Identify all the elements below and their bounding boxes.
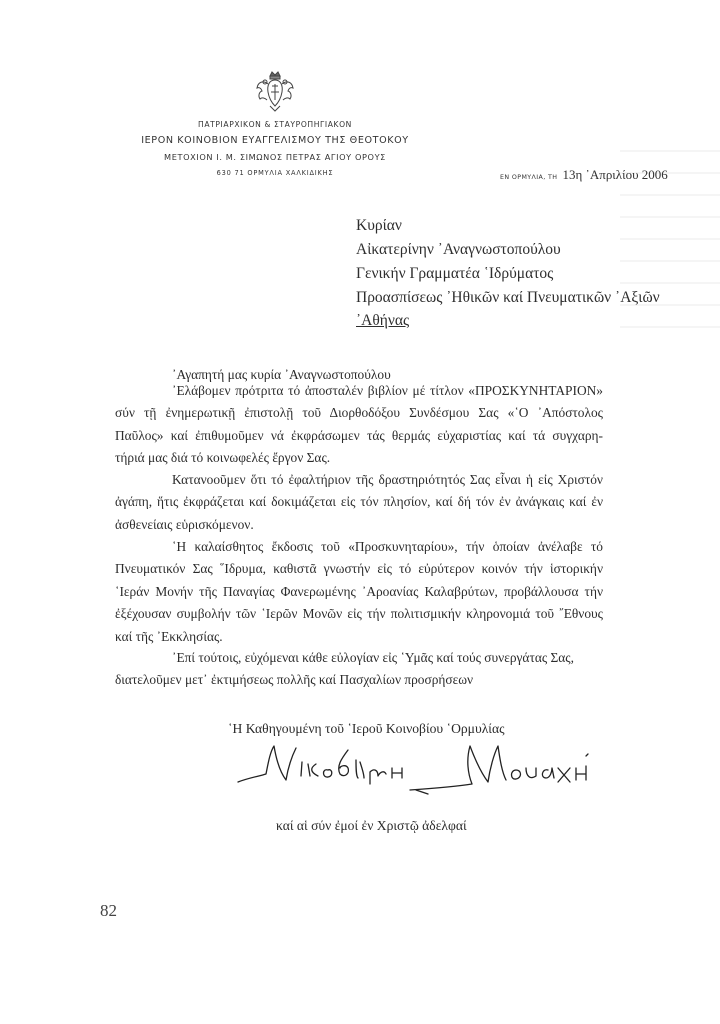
paragraph-line: Κατανοοῦμεν ὅτι τό ἐφαλτήριον τῆς δραστη… (115, 469, 603, 491)
paragraph-line: διατελοῦμεν μετ᾿ ἐκτιμήσεως πολλῆς καί Π… (115, 669, 603, 691)
closing-title: ῾Η Καθηγουμένη τοῦ ῾Ιεροῦ Κοινοβίου ῾Ορμ… (228, 721, 504, 737)
paragraph-line: ἀσθενείαις εὑρισκόμενον. (115, 514, 603, 536)
letter-date: ΕΝ ΟΡΜΥΛΙΑ, ΤΗ 13η ᾿Απριλίου 2006 (500, 164, 668, 183)
paragraph-1: ᾿Ελάβομεν πρότριτα τό ἀποσταλέν βιβλίον … (115, 380, 603, 470)
paragraph-line: ῾Ιεράν Μονήν τῆς Παναγίας Φανερωμένης ᾿Α… (115, 581, 603, 603)
double-headed-eagle-crest-icon (255, 70, 295, 112)
letterhead-line-1: ΠΑΤΡΙΑΡΧΙΚΟΝ & ΣΤΑΥΡΟΠΗΓΙΑΚΟΝ (100, 120, 450, 129)
paragraph-line: τήριά μας διά τό κοινωφελές ἔργον Σας. (115, 447, 603, 469)
date-place: ΕΝ ΟΡΜΥΛΙΑ, ΤΗ (500, 174, 557, 181)
paragraph-line: ἐξέχουσαν συμβολήν τῶν ῾Ιερῶν Μονῶν εἰς … (115, 603, 603, 625)
paragraph-line: ᾿Ελάβομεν πρότριτα τό ἀποσταλέν βιβλίον … (115, 380, 603, 402)
handwritten-signature: Νικοδήμη Μοναχή (230, 738, 590, 808)
closing-subtitle: καί αἱ σύν ἐμοί ἐν Χριστῷ ἀδελφαί (276, 818, 467, 834)
paragraph-line: Παῦλος» καί ἐπιθυμοῦμεν νά ἐκφράσωμεν τά… (115, 425, 603, 447)
date-value: 13η ᾿Απριλίου 2006 (562, 167, 667, 182)
paragraph-4: ᾿Επί τούτοις, εὐχόμεναι κάθε εὐλογίαν εἰ… (115, 647, 603, 692)
letterhead-line-3: ΜΕΤΟΧΙΟΝ Ι. Μ. ΣΙΜΩΝΟΣ ΠΕΤΡΑΣ ΑΓΙΟΥ ΟΡΟΥ… (100, 152, 450, 162)
addressee-name: Αἰκατερίνην ᾿Αναγνωστοπούλου (356, 241, 561, 259)
addressee-organization: Προασπίσεως ᾿Ηθικῶν καί Πνευματικῶν ᾿Αξι… (356, 289, 660, 307)
paragraph-line: ᾿Επί τούτοις, εὐχόμεναι κάθε εὐλογίαν εἰ… (115, 647, 603, 669)
paragraph-3: ῾Η καλαίσθητος ἔκδοσις τοῦ «Προσκυνηταρί… (115, 536, 603, 648)
addressee-city: ᾿Αθήνας (356, 312, 409, 330)
page-number: 82 (100, 901, 117, 921)
paragraph-line: σύν τῇ ἐνημερωτικῇ ἐπιστολῇ τοῦ Διορθοδό… (115, 402, 603, 424)
addressee-role: Γενικήν Γραμματέα ῾Ιδρύματος (356, 265, 553, 283)
paragraph-line: ἀγάπη, ἥτις ἐκφράζεται καί δοκιμάζεται ε… (115, 491, 603, 513)
paragraph-line: καί τῆς ᾿Εκκλησίας. (115, 626, 603, 648)
paragraph-line: ῾Η καλαίσθητος ἔκδοσις τοῦ «Προσκυνηταρί… (115, 536, 603, 558)
letterhead-line-2: ΙΕΡΟΝ ΚΟΙΝΟΒΙΟΝ ΕΥΑΓΓΕΛΙΣΜΟΥ ΤΗΣ ΘΕΟΤΟΚΟ… (95, 135, 455, 146)
paragraph-2: Κατανοοῦμεν ὅτι τό ἐφαλτήριον τῆς δραστη… (115, 469, 603, 536)
letterhead-address: 630 71 ΟΡΜΥΛΙΑ ΧΑΛΚΙΔΙΚΗΣ (100, 169, 450, 177)
addressee-salutation: Κυρίαν (356, 217, 402, 235)
paragraph-line: Πνευματικόν Σας ῞Ιδρυμα, καθιστᾶ γνωστήν… (115, 558, 603, 580)
